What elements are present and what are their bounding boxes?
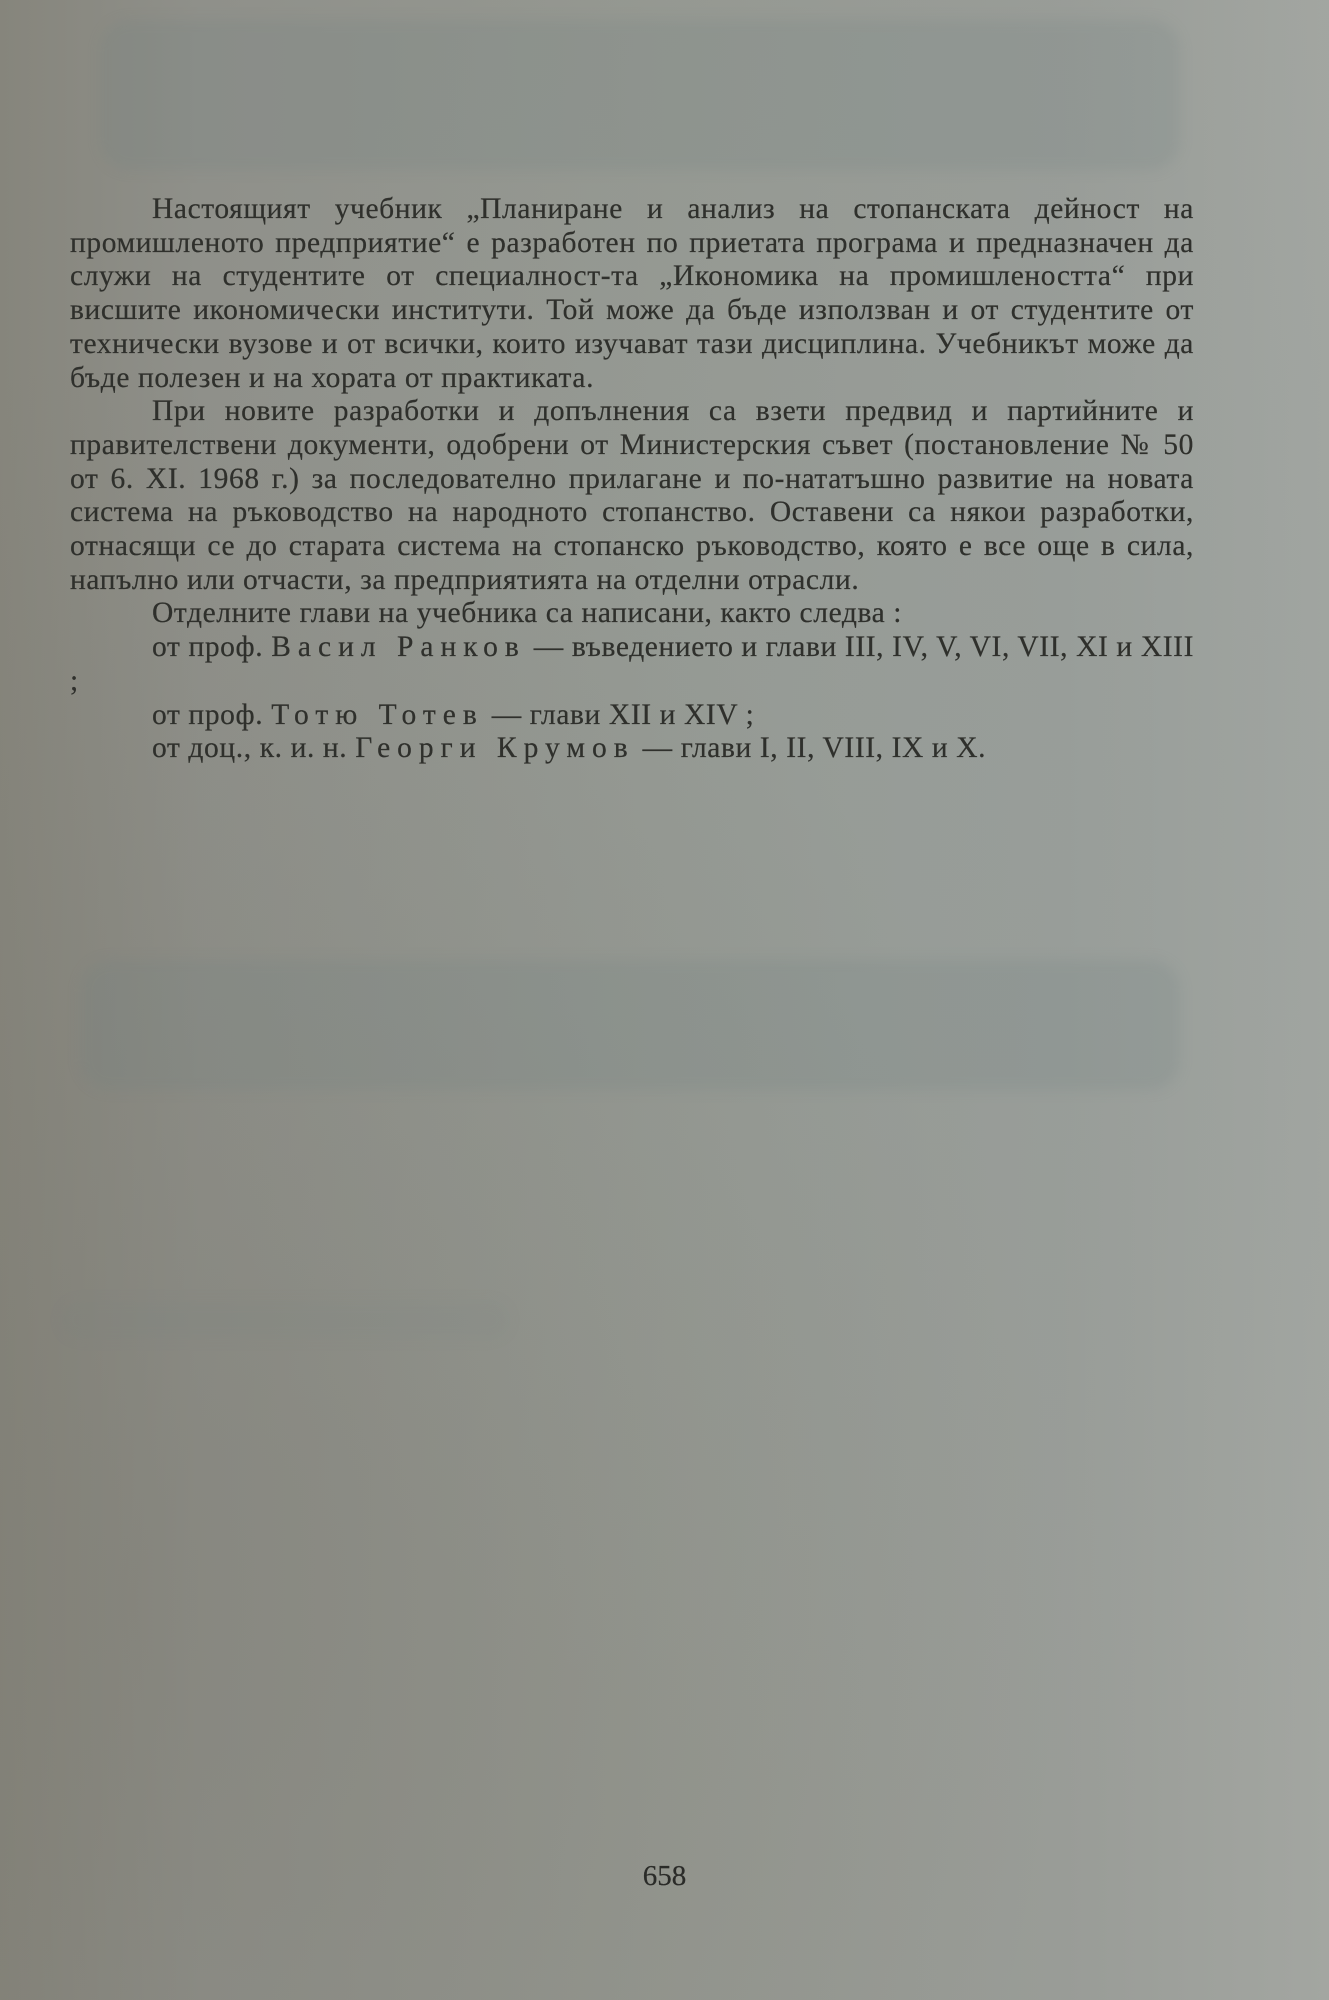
author-entry: от проф. Васил Ранков — въведението и гл…	[70, 631, 1194, 698]
author-name: Георги Крумов	[355, 732, 634, 764]
author-entry: от проф. Тотю Тотев — глави XII и XIV ;	[70, 699, 1194, 733]
paragraph-documents: При новите разработки и допълнения са вз…	[70, 395, 1194, 597]
page-number: 658	[0, 1860, 1329, 1893]
author-title: от проф.	[152, 631, 263, 663]
bleed-through-shading-top	[100, 20, 1180, 170]
bleed-through-shading-lower	[60, 1300, 510, 1340]
paragraph-intro: Настоящият учебник „Планиране и анализ н…	[70, 193, 1194, 395]
author-name: Васил Ранков	[271, 631, 526, 663]
bleed-through-shading-middle	[80, 960, 1180, 1090]
author-chapters: — глави XII и XIV ;	[492, 699, 755, 731]
author-title: от проф.	[152, 699, 263, 731]
authors-intro: Отделните глави на учебника са написани,…	[70, 597, 1194, 631]
author-name: Тотю Тотев	[271, 699, 484, 731]
page-text-block: Настоящият учебник „Планиране и анализ н…	[70, 193, 1194, 766]
author-chapters: — глави I, II, VIII, IX и X.	[643, 732, 987, 764]
authors-list: от проф. Васил Ранков — въведението и гл…	[70, 631, 1194, 766]
author-entry: от доц., к. и. н. Георги Крумов — глави …	[70, 732, 1194, 766]
author-title: от доц., к. и. н.	[152, 732, 347, 764]
